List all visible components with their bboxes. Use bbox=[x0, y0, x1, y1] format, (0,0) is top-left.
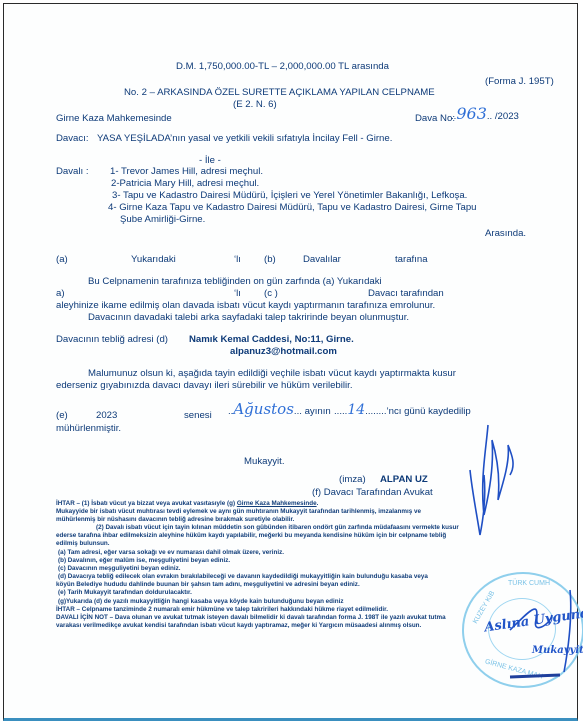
plaintiff-email: alpanuz3@hotmail.com bbox=[230, 346, 337, 358]
case-number: ..963.. /2023 bbox=[451, 108, 519, 123]
warning-line-4: (2) Davalı isbatı vücut için tayin kılın… bbox=[96, 524, 459, 532]
document-title: No. 2 – ARKASINDA ÖZEL SURETTE AÇIKLAMA … bbox=[124, 87, 435, 99]
note-d: (d) Davacıya tebliğ edilecek olan evrakı… bbox=[58, 573, 428, 581]
warning-line-3: mühürlenmiş bir nüshasını davacının tebl… bbox=[56, 516, 294, 524]
form-code: (Forma J. 195T) bbox=[485, 76, 554, 88]
warning-court: Girne Kaza Mahkemesinde bbox=[237, 500, 317, 507]
sign-label: (imza) bbox=[339, 474, 366, 486]
warning-2: İHTAR – Celpname tanziminde 2 numaralı e… bbox=[56, 606, 388, 614]
date-year-word: senesi bbox=[184, 410, 212, 422]
sub-code: (E 2. N. 6) bbox=[233, 99, 277, 111]
case-number-handwritten: 963 bbox=[456, 104, 487, 123]
paragraph-1-a: a) bbox=[56, 288, 65, 300]
row-defendants: Davalılar bbox=[303, 254, 341, 266]
note-c: (c) Davacının meşguliyetini beyan ediniz… bbox=[58, 565, 180, 573]
date-month: ..Ağustos... ayının bbox=[228, 403, 331, 418]
row-b: (b) bbox=[264, 254, 276, 266]
note-d-cont: köyün Belediye hududu dahlinde buunan bi… bbox=[56, 581, 360, 589]
lawyer-role: (f) Davacı Tarafından Avukat bbox=[312, 487, 433, 499]
case-number-label: Dava No: bbox=[415, 113, 455, 125]
amount-range: D.M. 1,750,000.00-TL – 2,000,000.00 TL a… bbox=[176, 61, 389, 73]
stamp-signature-icon bbox=[500, 580, 580, 680]
paragraph-1-c: (c ) bbox=[264, 288, 278, 300]
note-g: (g)Yukarıda (d) de yazılı mukayyitliğin … bbox=[58, 598, 344, 606]
warning-line-6: edilmiş bulunsun. bbox=[56, 540, 110, 548]
registrar-label: Mukayyit. bbox=[244, 456, 285, 468]
court-name: Girne Kaza Mahkemesinde bbox=[56, 113, 172, 125]
defendant-label: Davalı : bbox=[56, 166, 89, 178]
plaintiff-address: Namık Kemal Caddesi, No:11, Girne. bbox=[189, 334, 354, 346]
row-to: tarafına bbox=[395, 254, 428, 266]
warning-1-end: . bbox=[317, 500, 319, 507]
note-a: (a) Tam adresi, eğer varsa sokağı ve ev … bbox=[58, 549, 284, 557]
plaintiff-label: Davacı: bbox=[56, 133, 89, 145]
defendant-note-line-1: DAVALI İÇİN NOT – Dava olunan ve avukat … bbox=[56, 614, 446, 622]
between: Arasında. bbox=[485, 228, 526, 240]
day-handwritten: 14 bbox=[347, 402, 365, 418]
note-b: (b) Davalının, eğer malûm ise, meşguliye… bbox=[58, 557, 230, 565]
warning-1-line-1: İHTAR – (1) İsbatı vücut ya bizzat veya … bbox=[56, 500, 318, 508]
paragraph-1-line-1: Bu Celpnamenin tarafınıza tebliğinden on… bbox=[88, 276, 382, 288]
paragraph-1-li: ‘lı bbox=[234, 288, 241, 300]
date-day: .....14........’ncı günü kaydedilip bbox=[334, 404, 471, 418]
date-e: (e) bbox=[56, 410, 68, 422]
month-handwritten: Ağustos bbox=[233, 400, 294, 418]
note-e: (e) Tarih Mukayyit tarafından doldurulac… bbox=[58, 589, 192, 597]
defendant-3: 3- Tapu ve Kadastro Dairesi Müdürü, İçiş… bbox=[112, 190, 467, 202]
warning-1-prefix: İHTAR – (1) İsbatı vücut ya bizzat veya … bbox=[56, 500, 237, 507]
paragraph-1-line-3: aleyhinize ikame edilmiş olan davada isb… bbox=[56, 300, 435, 312]
defendant-2: 2-Patricia Mary Hill, adresi meçhul. bbox=[111, 178, 259, 190]
paragraph-1-by-plaintiff: Davacı tarafından bbox=[368, 288, 444, 300]
address-label: Davacının tebliğ adresi (d) bbox=[56, 334, 168, 346]
paragraph-2: Davacının davadaki talebi arka sayfadaki… bbox=[88, 312, 409, 324]
warning-line-2: Mukayyide bir isbatı vücut muhtırası tev… bbox=[56, 508, 421, 516]
defendant-1: 1- Trevor James Hill, adresi meçhul. bbox=[110, 166, 263, 178]
paragraph-3-line-1: Malumunuz olsun ki, aşağıda tayin edildi… bbox=[88, 368, 456, 380]
defendant-note-line-2: varakası verilmedikçe avukat kendisi tar… bbox=[56, 622, 421, 630]
row-a: (a) bbox=[56, 254, 68, 266]
signature-scribble-icon bbox=[458, 420, 528, 540]
defendant-4: 4- Girne Kaza Tapu ve Kadastro Dairesi M… bbox=[108, 202, 477, 214]
day-prefix: ..... bbox=[334, 406, 347, 417]
paragraph-3-line-2: ederseniz gıyabınızda davacı davayı iler… bbox=[56, 380, 352, 392]
lawyer-name: ALPAN UZ bbox=[380, 474, 428, 486]
date-year: 2023 bbox=[96, 410, 117, 422]
day-suffix: ........’ncı günü kaydedilip bbox=[365, 406, 471, 417]
month-suffix: ... ayının bbox=[294, 406, 331, 417]
defendant-4-cont: Şube Amirliği-Girne. bbox=[120, 214, 205, 226]
row-li: ‘lı bbox=[234, 254, 241, 266]
plaintiff: YASA YEŞİLADA’nın yasal ve yetkili vekil… bbox=[97, 133, 392, 145]
row-above: Yukarıdaki bbox=[131, 254, 176, 266]
warning-line-5: ederse tarafına ihbar edilmeksizin aleyh… bbox=[56, 532, 446, 540]
date-sealed: mühürlenmiştir. bbox=[56, 423, 121, 435]
case-number-year: .. /2023 bbox=[487, 111, 519, 122]
